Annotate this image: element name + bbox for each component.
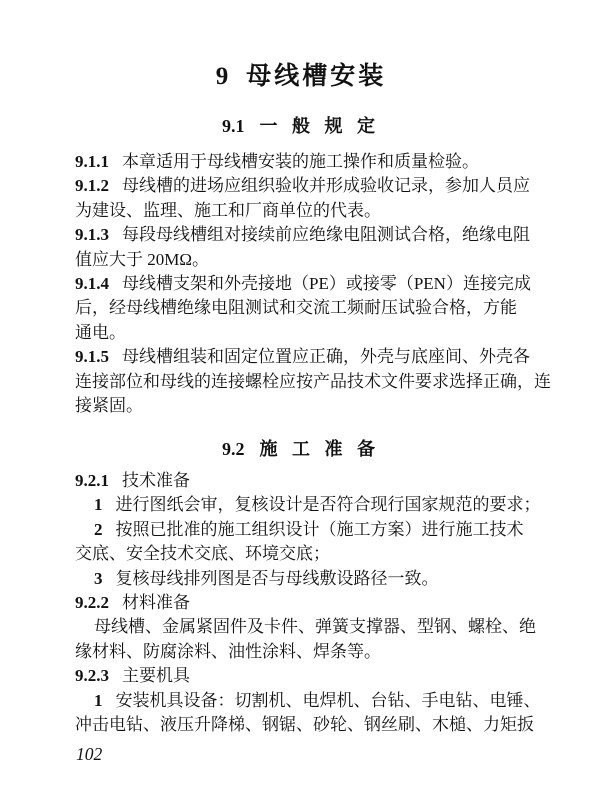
text-line: 缘材料、防腐涂料、油性涂料、焊条等。 (75, 640, 555, 664)
section-9-1-body: 9.1.1本章适用于母线槽安装的施工操作和质量检验。 9.1.2母线槽的进场应组… (75, 150, 555, 418)
line-text: 母线槽组装和固定位置应正确，外壳与底座间、外壳各 (122, 347, 530, 366)
text-line: 后，经母线槽绝缘电阻测试和交流工频耐压试验合格，方能 (75, 296, 555, 320)
line-text: 为建设、监理、施工和厂商单位的代表。 (75, 201, 381, 220)
line-text: 冲击电钻、液压升降梯、钢锯、砂轮、钢丝刷、木槌、力矩扳 (75, 715, 534, 734)
line-text: 本章适用于母线槽安装的施工操作和质量检验。 (122, 152, 479, 171)
text-line: 3复核母线排列图是否与母线敷设路径一致。 (75, 567, 555, 591)
line-text: 每段母线槽组对接续前应绝缘电阻测试合格，绝缘电阻 (122, 225, 530, 244)
text-line: 1安装机具设备：切割机、电焊机、台钻、手电钻、电锤、 (75, 689, 555, 713)
chapter-number: 9 (216, 63, 229, 90)
line-text: 母线槽支架和外壳接地（PE）或接零（PEN）连接完成 (122, 274, 531, 293)
text-line: 9.1.4母线槽支架和外壳接地（PE）或接零（PEN）连接完成 (75, 272, 555, 296)
text-line: 母线槽、金属紧固件及卡件、弹簧支撑器、型钢、螺栓、绝 (75, 615, 555, 639)
text-line: 值应大于 20MΩ。 (75, 248, 555, 272)
section-9-2-body: 9.2.1技术准备 1进行图纸会审，复核设计是否符合现行国家规范的要求； 2按照… (75, 469, 555, 737)
text-line: 交底、安全技术交底、环境交底； (75, 542, 555, 566)
text-line: 为建设、监理、施工和厂商单位的代表。 (75, 199, 555, 223)
line-text: 进行图纸会审，复核设计是否符合现行国家规范的要求； (116, 495, 541, 514)
line-text: 母线槽的进场应组织验收并形成验收记录，参加人员应 (122, 176, 530, 195)
item-number: 1 (94, 691, 103, 710)
text-line: 9.1.3每段母线槽组对接续前应绝缘电阻测试合格，绝缘电阻 (75, 223, 555, 247)
clause-number: 9.1.1 (75, 152, 109, 171)
line-text: 主要机具 (122, 666, 190, 685)
text-line: 9.2.3主要机具 (75, 664, 555, 688)
line-text: 缘材料、防腐涂料、油性涂料、焊条等。 (75, 642, 381, 661)
text-line: 接紧固。 (75, 394, 555, 418)
line-text: 后，经母线槽绝缘电阻测试和交流工频耐压试验合格，方能 (75, 298, 517, 317)
line-text: 技术准备 (122, 471, 190, 490)
document-page: 9母线槽安装 9.1一 般 规 定 9.1.1本章适用于母线槽安装的施工操作和质… (0, 0, 599, 788)
text-line: 9.1.1本章适用于母线槽安装的施工操作和质量检验。 (75, 150, 555, 174)
text-line: 2按照已批准的施工组织设计（施工方案）进行施工技术 (75, 518, 555, 542)
text-line: 连接部位和母线的连接螺栓应按产品技术文件要求选择正确，连 (75, 370, 555, 394)
clause-number: 9.1.5 (75, 347, 109, 366)
clause-number: 9.1.2 (75, 176, 109, 195)
page-number: 102 (76, 744, 102, 765)
text-line: 9.1.2母线槽的进场应组织验收并形成验收记录，参加人员应 (75, 174, 555, 198)
clause-number: 9.2.1 (75, 471, 109, 490)
section-heading-9-2: 9.2施 工 准 备 (75, 435, 527, 461)
line-text: 接紧固。 (75, 396, 143, 415)
item-number: 2 (94, 520, 103, 539)
text-line: 冲击电钻、液压升降梯、钢锯、砂轮、钢丝刷、木槌、力矩扳 (75, 713, 555, 737)
clause-number: 9.2.3 (75, 666, 109, 685)
section-heading-9-1: 9.1一 般 规 定 (75, 112, 527, 138)
text-line: 9.1.5母线槽组装和固定位置应正确，外壳与底座间、外壳各 (75, 345, 555, 369)
line-text: 安装机具设备：切割机、电焊机、台钻、手电钻、电锤、 (116, 691, 541, 710)
section-title: 一 般 规 定 (260, 116, 381, 136)
text-line: 9.2.2材料准备 (75, 591, 555, 615)
line-text: 复核母线排列图是否与母线敷设路径一致。 (116, 569, 439, 588)
text-line: 9.2.1技术准备 (75, 469, 555, 493)
text-line: 通电。 (75, 321, 555, 345)
line-text: 交底、安全技术交底、环境交底； (75, 544, 330, 563)
line-text: 按照已批准的施工组织设计（施工方案）进行施工技术 (116, 520, 524, 539)
text-line: 1进行图纸会审，复核设计是否符合现行国家规范的要求； (75, 493, 555, 517)
clause-number: 9.1.4 (75, 274, 109, 293)
section-title: 施 工 准 备 (260, 439, 381, 459)
line-text: 母线槽、金属紧固件及卡件、弹簧支撑器、型钢、螺栓、绝 (94, 617, 536, 636)
clause-number: 9.1.3 (75, 225, 109, 244)
line-text: 连接部位和母线的连接螺栓应按产品技术文件要求选择正确，连 (75, 372, 551, 391)
section-number: 9.2 (222, 439, 245, 459)
item-number: 3 (94, 569, 103, 588)
line-text: 材料准备 (122, 593, 190, 612)
item-number: 1 (94, 495, 103, 514)
section-number: 9.1 (222, 116, 245, 136)
chapter-title: 母线槽安装 (246, 63, 386, 90)
clause-number: 9.2.2 (75, 593, 109, 612)
line-text: 值应大于 20MΩ。 (75, 250, 209, 269)
line-text: 通电。 (75, 323, 126, 342)
chapter-heading: 9母线槽安装 (75, 56, 527, 92)
